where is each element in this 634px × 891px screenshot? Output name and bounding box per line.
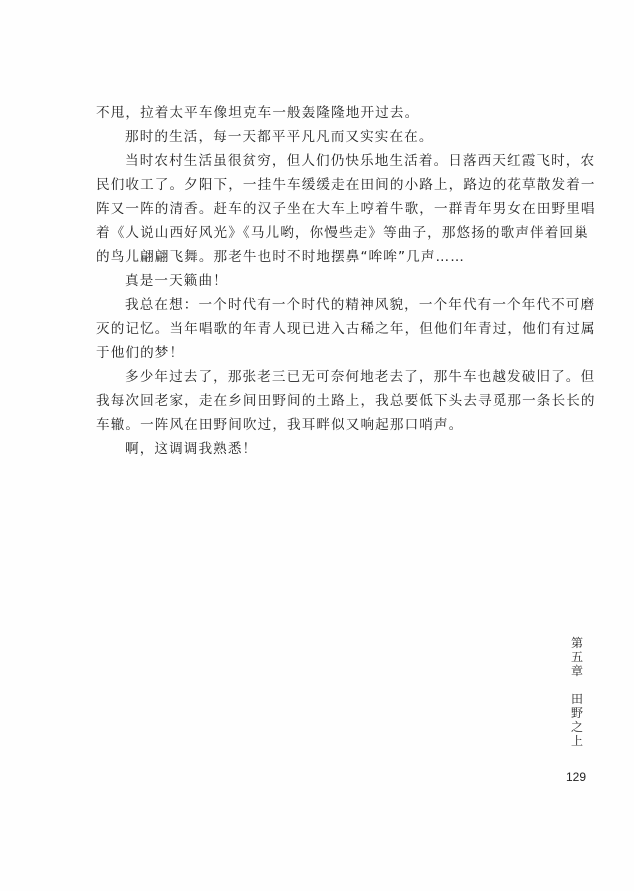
text-line: 当时农村生活虽很贫穷，但人们仍快乐地生活着。日落西天红霞飞时，农: [96, 149, 551, 173]
page-number: 129: [566, 770, 586, 784]
text-line: 灭的记忆。当年唱歌的年青人现已进入古稀之年，但他们年青过，他们有过属: [96, 317, 551, 341]
text-line: 我总在想：一个时代有一个时代的精神风貌，一个年代有一个年代不可磨: [96, 293, 551, 317]
text-line: 我每次回老家，走在乡间田野间的土路上，我总要低下头去寻觅那一条长长的: [96, 389, 551, 413]
text-line: 不甩，拉着太平车像坦克车一般轰隆隆地开过去。: [96, 101, 551, 125]
chapter-title: 田野之上: [569, 692, 585, 748]
text-line: 车辙。一阵风在田野间吹过，我耳畔似又响起那口哨声。: [96, 413, 551, 437]
text-line: 着《人说山西好风光》《马儿哟，你慢些走》等曲子，那悠扬的歌声伴着回巢: [96, 221, 551, 245]
text-line: 的鸟儿翩翩飞舞。那老牛也时不时地摆鼻“哞哞”几声……: [96, 245, 551, 269]
text-line: 那时的生活，每一天都平平凡凡而又实实在在。: [96, 125, 551, 149]
body-text: 不甩，拉着太平车像坦克车一般轰隆隆地开过去。 那时的生活，每一天都平平凡凡而又实…: [96, 101, 551, 461]
text-line: 真是一天籁曲！: [96, 269, 551, 293]
chapter-side-tab: 第五章 田野之上: [569, 636, 585, 748]
text-line: 于他们的梦！: [96, 341, 551, 365]
text-line: 阵又一阵的清香。赶车的汉子坐在大车上哼着牛歌，一群青年男女在田野里唱: [96, 197, 551, 221]
text-line: 啊，这调调我熟悉！: [96, 437, 551, 461]
book-page: 不甩，拉着太平车像坦克车一般轰隆隆地开过去。 那时的生活，每一天都平平凡凡而又实…: [0, 0, 634, 891]
chapter-label: 第五章: [569, 636, 585, 678]
text-line: 多少年过去了，那张老三已无可奈何地老去了，那牛车也越发破旧了。但: [96, 365, 551, 389]
text-line: 民们收工了。夕阳下，一挂牛车缓缓走在田间的小路上，路边的花草散发着一: [96, 173, 551, 197]
